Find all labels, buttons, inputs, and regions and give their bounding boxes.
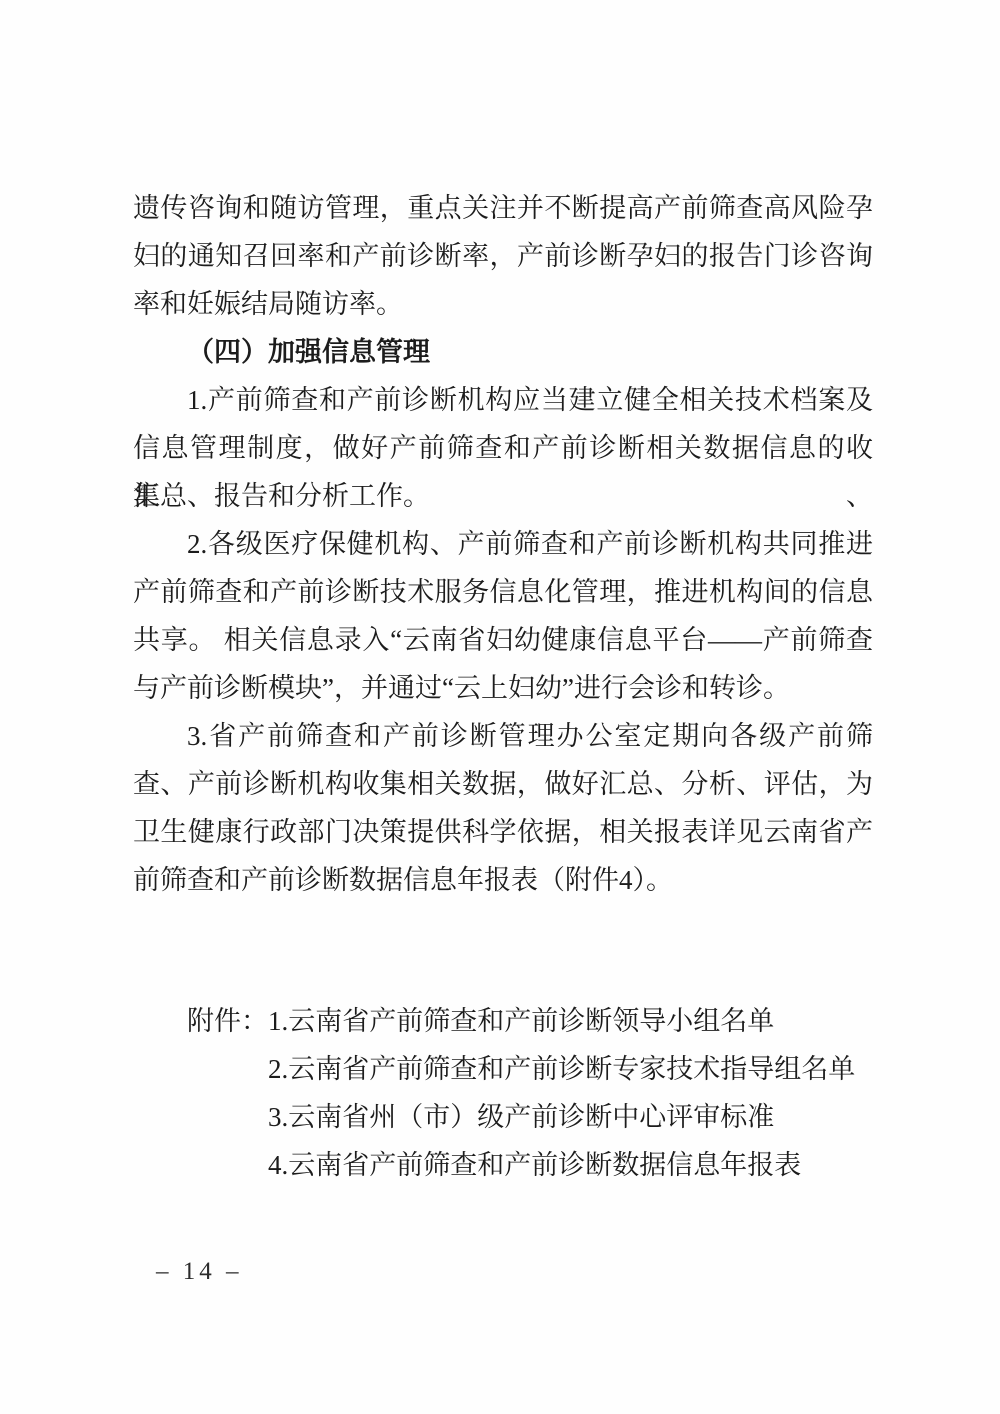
section-heading: （四）加强信息管理 [133, 328, 873, 376]
attachments-list: 1.云南省产前筛查和产前诊断领导小组名单 2.云南省产前筛查和产前诊断专家技术指… [268, 997, 855, 1189]
body-line: 卫生健康行政部门决策提供科学依据，相关报表详见云南省产 [133, 808, 873, 856]
body-line: 与产前诊断模块”，并通过“云上妇幼”进行会诊和转诊。 [133, 664, 873, 712]
page-number: – 14 – [156, 1256, 243, 1288]
attachments-block: 附件： 1.云南省产前筛查和产前诊断领导小组名单 2.云南省产前筛查和产前诊断专… [133, 997, 873, 1189]
body-line: 信息管理制度，做好产前筛查和产前诊断相关数据信息的收集、 [133, 424, 873, 472]
body-line: 3.省产前筛查和产前诊断管理办公室定期向各级产前筛 [133, 712, 873, 760]
attachment-item: 4.云南省产前筛查和产前诊断数据信息年报表 [268, 1141, 855, 1189]
body-line: 查、产前诊断机构收集相关数据，做好汇总、分析、评估，为 [133, 760, 873, 808]
body-line: 前筛查和产前诊断数据信息年报表（附件4）。 [133, 856, 873, 904]
body-line: 遗传咨询和随访管理，重点关注并不断提高产前筛查高风险孕 [133, 184, 873, 232]
body-line: 产前筛查和产前诊断技术服务信息化管理，推进机构间的信息 [133, 568, 873, 616]
attachment-item: 3.云南省州（市）级产前诊断中心评审标准 [268, 1093, 855, 1141]
text-area: 遗传咨询和随访管理，重点关注并不断提高产前筛查高风险孕 妇的通知召回率和产前诊断… [133, 184, 873, 1189]
attachments-label: 附件： [133, 997, 268, 1045]
body-line: 1.产前筛查和产前诊断机构应当建立健全相关技术档案及 [133, 376, 873, 424]
attachment-item: 2.云南省产前筛查和产前诊断专家技术指导组名单 [268, 1045, 855, 1093]
body-line: 共享。 相关信息录入“云南省妇幼健康信息平台——产前筛查 [133, 616, 873, 664]
document-page: 遗传咨询和随访管理，重点关注并不断提高产前筛查高风险孕 妇的通知召回率和产前诊断… [0, 0, 1000, 1414]
attachment-item: 1.云南省产前筛查和产前诊断领导小组名单 [268, 997, 855, 1045]
body-line: 率和妊娠结局随访率。 [133, 280, 873, 328]
body-line: 2.各级医疗保健机构、产前筛查和产前诊断机构共同推进 [133, 520, 873, 568]
body-line: 妇的通知召回率和产前诊断率，产前诊断孕妇的报告门诊咨询 [133, 232, 873, 280]
